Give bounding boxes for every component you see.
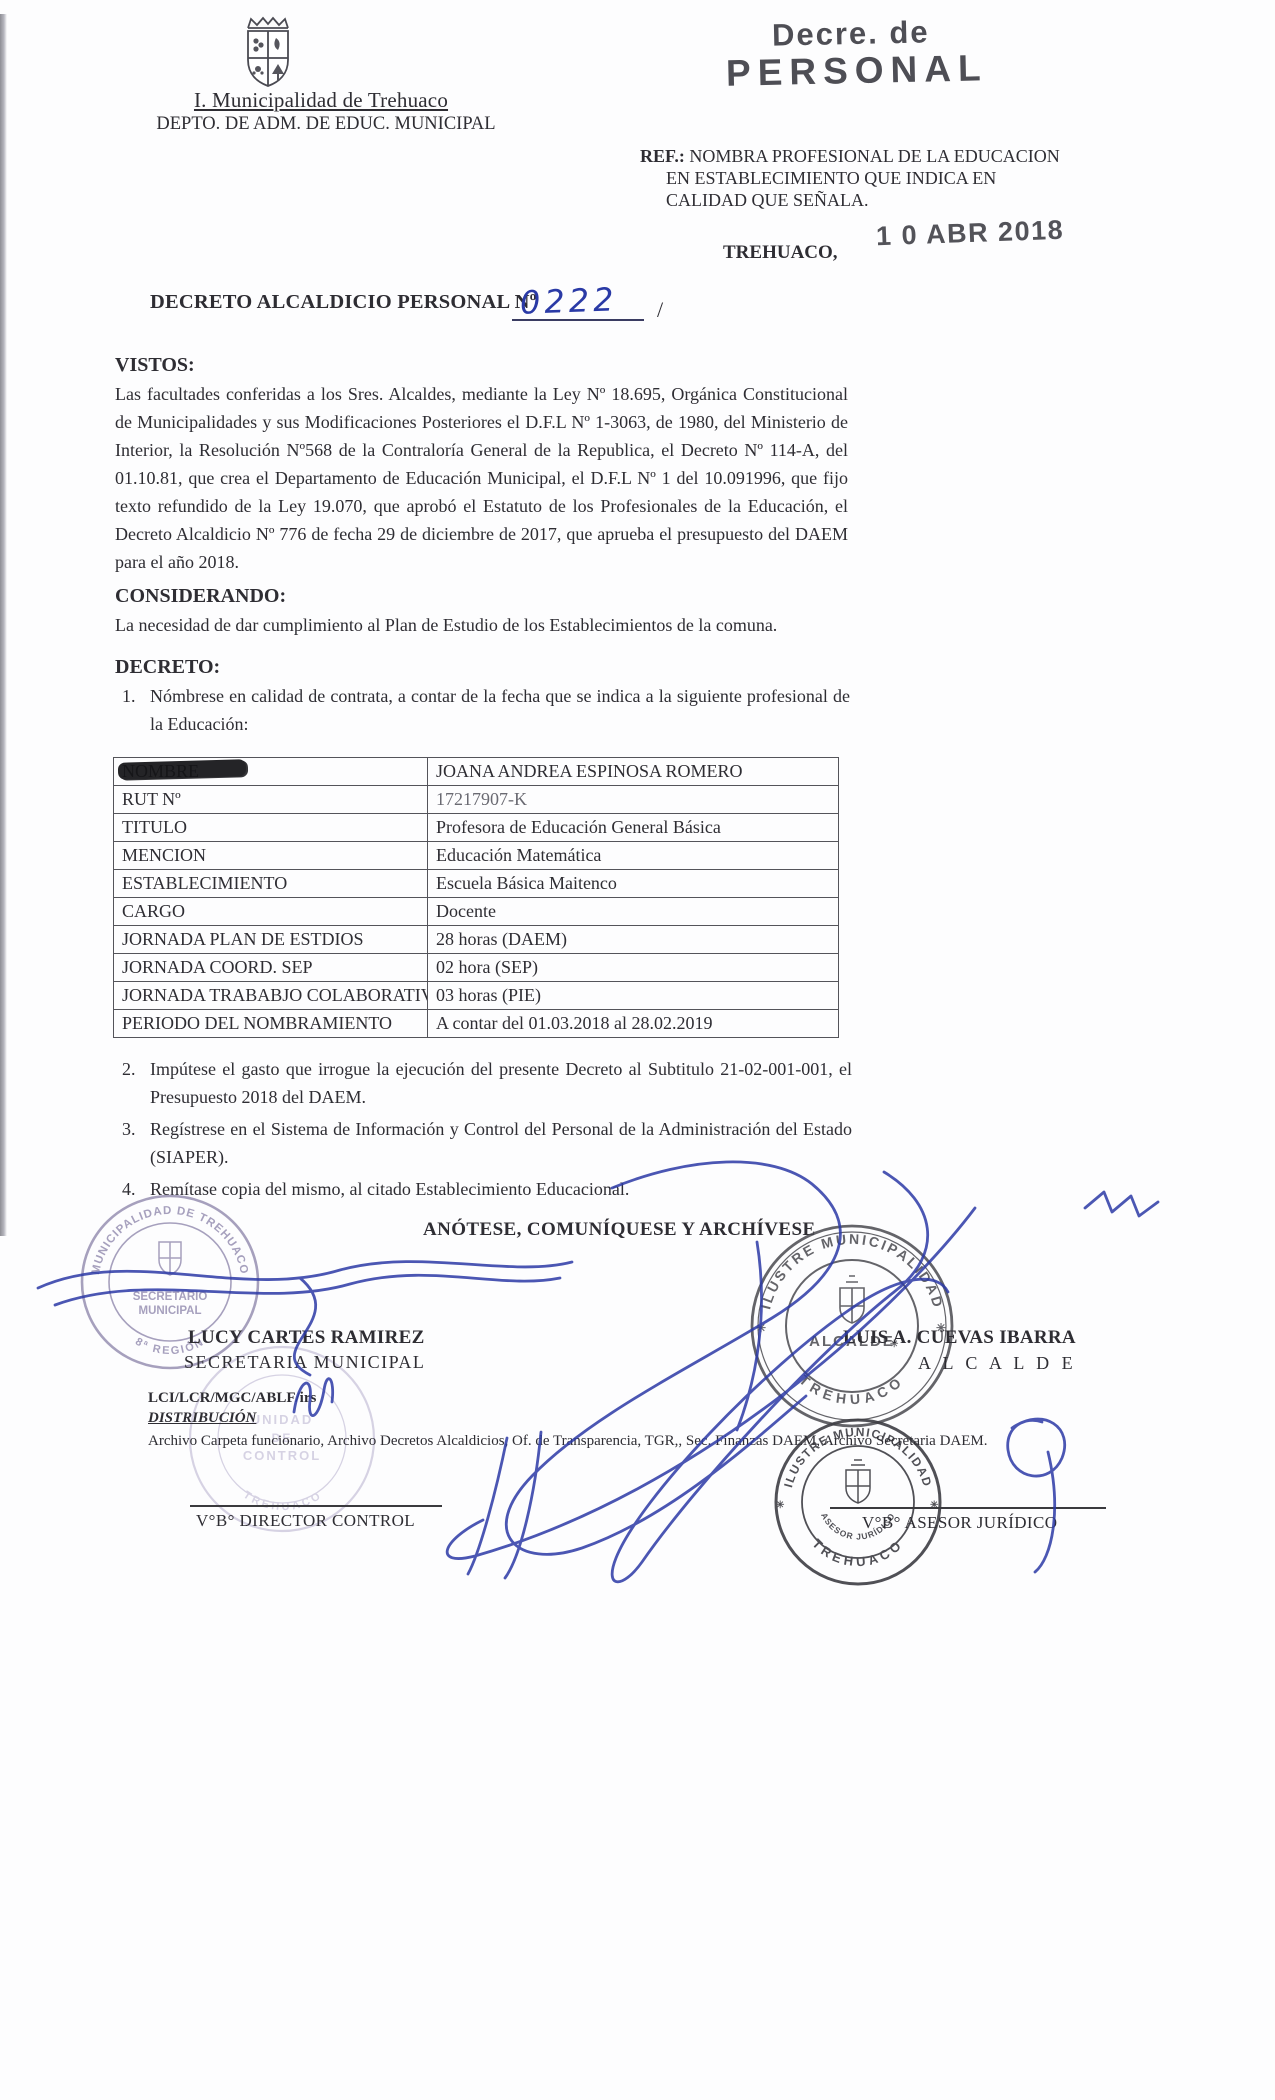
- signature-ink: [0, 1150, 1275, 1610]
- item-number: 1.: [122, 683, 136, 711]
- decreto-heading: DECRETO:: [115, 656, 220, 679]
- decree-title: DECRETO ALCALDICIO PERSONAL Nº: [150, 291, 537, 314]
- org-department: DEPTO. DE ADM. DE EDUC. MUNICIPAL: [148, 114, 504, 135]
- ref-label: REF.:: [640, 146, 685, 166]
- decreto-item-1: 1. Nómbrese en calidad de contrata, a co…: [120, 683, 850, 738]
- ref-line-2: EN ESTABLECIMIENTO QUE INDICA EN: [666, 167, 996, 189]
- decree-number-handwritten: 0222: [519, 280, 618, 321]
- decreto-item-2: 2.Impútese el gasto que irrogue la ejecu…: [120, 1056, 852, 1111]
- table-row: CARGODocente: [114, 898, 839, 926]
- table-row: JORNADA PLAN DE ESTDIOS28 horas (DAEM): [114, 926, 839, 954]
- table-row: ESTABLECIMIENTOEscuela Básica Maitenco: [114, 870, 839, 898]
- ref-line-3: CALIDAD QUE SEÑALA.: [666, 189, 868, 211]
- table-row: MENCIONEducación Matemática: [114, 842, 839, 870]
- date-stamp: 1 0 ABR 2018: [876, 215, 1065, 253]
- doc-type-stamp-line1: Decre. de: [772, 14, 930, 53]
- table-row: TITULOProfesora de Educación General Bás…: [114, 814, 839, 842]
- org-name: I. Municipalidad de Trehuaco: [184, 88, 458, 113]
- doc-type-stamp-line2: PERSONAL: [726, 47, 988, 94]
- table-row: JORNADA TRABABJO COLABORATIVO03 horas (P…: [114, 982, 839, 1010]
- rut-value: 17217907-K: [436, 789, 838, 810]
- table-row: JORNADA COORD. SEP02 hora (SEP): [114, 954, 839, 982]
- vistos-heading: VISTOS:: [115, 354, 195, 377]
- appointment-table: NOMBREJOANA ANDREA ESPINOSA ROMERO RUT N…: [113, 757, 839, 1038]
- vistos-body: Las facultades conferidas a los Sres. Al…: [115, 380, 848, 576]
- table-row: RUT Nº 17217907-K: [114, 786, 839, 814]
- city-line: TREHUACO,: [723, 242, 838, 264]
- considerando-heading: CONSIDERANDO:: [115, 585, 286, 608]
- ref-line-1: REF.: NOMBRA PROFESIONAL DE LA EDUCACION: [640, 145, 1060, 167]
- decree-number-underline: [512, 319, 644, 321]
- decree-number-slash: /: [657, 297, 663, 323]
- considerando-body: La necesidad de dar cumplimiento al Plan…: [115, 611, 855, 639]
- scan-edge-artifact: [0, 14, 7, 1236]
- municipal-coat-of-arms-icon: [236, 14, 300, 90]
- scanned-decree-page: I. Municipalidad de Trehuaco DEPTO. DE A…: [0, 0, 1275, 2100]
- table-row: PERIODO DEL NOMBRAMIENTOA contar del 01.…: [114, 1010, 839, 1038]
